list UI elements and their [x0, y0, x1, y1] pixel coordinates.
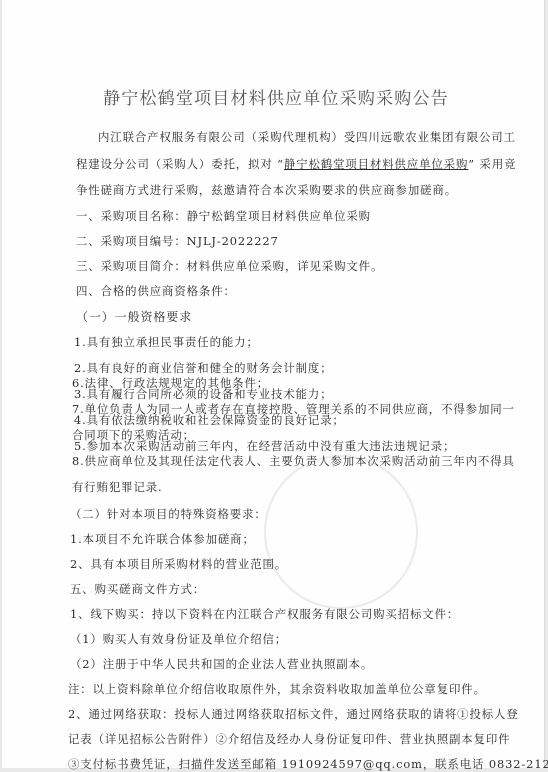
- general-item-1: 1.具有独立承担民事责任的能力；: [74, 334, 259, 350]
- general-item-7: 7.单位负责人为同一人或者存在直接控股、管理关系的不同供应商，不得参加同一: [72, 401, 515, 417]
- purchase-item-3: （2）注册于中华人民共和国的企业法人营业执照副本。: [70, 656, 373, 672]
- general-item-8-cont: 有行贿犯罪记录.: [72, 479, 163, 495]
- purchase-item-online-contact: ③支付标书费凭证，扫描件发送至邮箱 1910924597@qq.com，联系电话…: [68, 756, 548, 768]
- section-3: 三、采购项目简介：材料供应单位采购，详见采购文件。: [76, 258, 383, 274]
- general-item-7-cont: 合同项下的采购活动；: [72, 427, 195, 443]
- purchase-item-1: 1、线下购买：持以下资料在内江联合产权服务有限公司购买招标文件：: [70, 606, 459, 622]
- general-heading: （一）一般资格要求: [76, 308, 192, 325]
- section-5: 五、购买磋商文件方式：: [70, 581, 205, 597]
- special-heading: （二）针对本项目的特殊资格要求：: [70, 506, 267, 522]
- project-name-underlined: 静宁松鹤堂项目材料供应单位采购: [284, 157, 468, 171]
- general-item-2: 2.具有良好的商业信誉和健全的财务会计制度；: [74, 360, 332, 376]
- section-2: 二、采购项目编号：NJLJ-2022227: [76, 233, 279, 249]
- page-title: 静宁松鹤堂项目材料供应单位采购采购公告: [2, 84, 548, 109]
- intro-line-2-pre: 程建设分公司（采购人）委托，拟对 “: [76, 157, 284, 171]
- intro-line-2-post: ” 采用竞: [468, 157, 516, 171]
- general-item-8: 8.供应商单位及其现任法定代表人、主要负责人参加本次采购活动前三年内不得具: [72, 453, 515, 469]
- special-item-1: 1.本项目不允许联合体参加磋商；: [70, 531, 255, 547]
- section-4: 四、合格的供应商资格条件：: [76, 283, 236, 299]
- purchase-item-2: （1）购买人有效身份证及单位介绍信；: [70, 631, 287, 647]
- intro-line-2: 程建设分公司（采购人）委托，拟对 “静宁松鹤堂项目材料供应单位采购” 采用竞: [76, 156, 516, 172]
- document-page: 静宁松鹤堂项目材料供应单位采购采购公告 内江联合产权服务有限公司（采购代理机构）…: [2, 0, 545, 768]
- purchase-item-online: 2、通过网络获取：投标人通过网络获取招标文件，通过网络获取的请将①投标人登: [68, 706, 519, 722]
- section-1: 一、采购项目名称：静宁松鹤堂项目材料供应单位采购: [76, 208, 371, 224]
- special-item-2: 2、具有本项目所采购材料的营业范围。: [70, 556, 287, 572]
- general-item-6: 6.法律、行政法规规定的其他条件；: [72, 375, 269, 391]
- purchase-item-online-cont: 记表（详见招标公告附件）②介绍信及经办人身份证复印件、营业执照副本复印件: [68, 731, 510, 747]
- intro-line-3: 争性磋商方式进行采购，兹邀请符合本次采购要求的供应商参加磋商。: [76, 182, 457, 198]
- faint-seal-stamp: [264, 455, 418, 609]
- intro-line-1: 内江联合产权服务有限公司（采购代理机构）受四川远歌农业集团有限公司工: [98, 129, 516, 145]
- purchase-note: 注：以上资料除单位介绍信收取原件外，其余资料收取加盖单位公章复印件。: [68, 681, 486, 697]
